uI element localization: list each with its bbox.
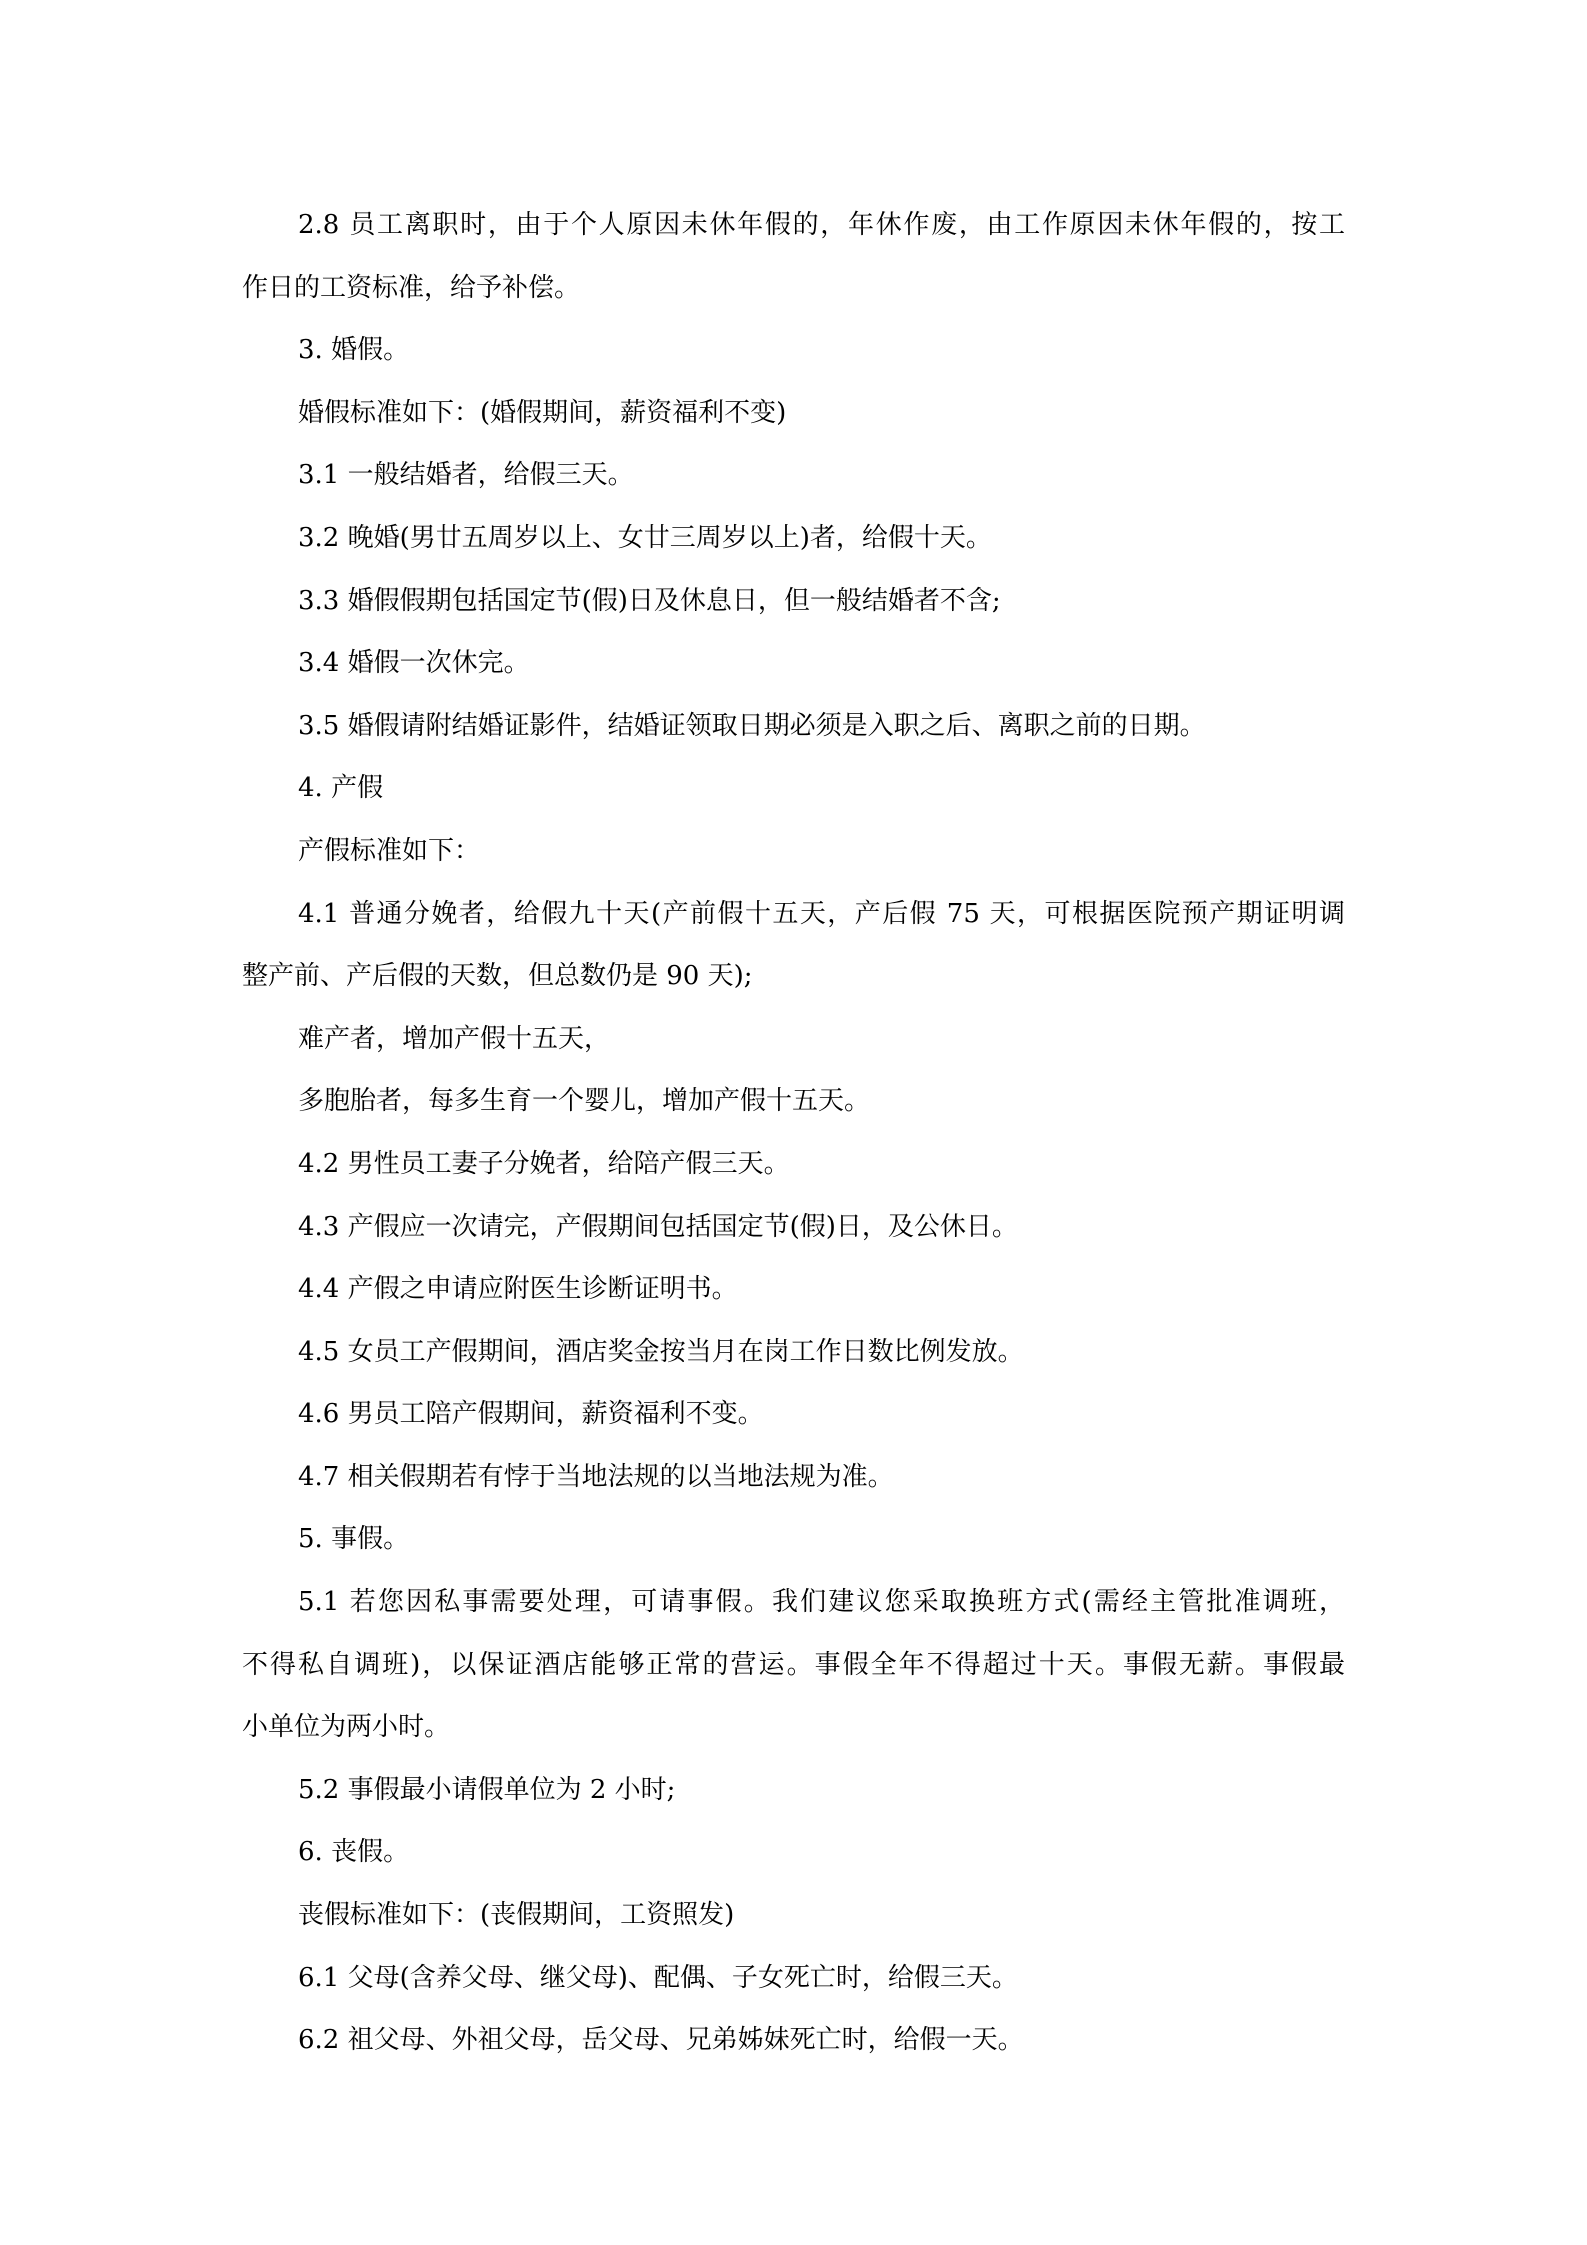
clause-6-2: 6.2 祖父母、外祖父母，岳父母、兄弟姊妹死亡时，给假一天。 <box>242 2009 1345 2072</box>
clause-4-6: 4.6 男员工陪产假期间，薪资福利不变。 <box>242 1383 1345 1446</box>
paragraph-2-8-line-1: 2.8 员工离职时，由于个人原因未休年假的，年休作废，由工作原因未休年假的，按工 <box>242 194 1345 257</box>
clause-4-2: 4.2 男性员工妻子分娩者，给陪产假三天。 <box>242 1133 1345 1196</box>
clause-5-1-line-1: 5.1 若您因私事需要处理，可请事假。我们建议您采取换班方式(需经主管批准调班， <box>242 1571 1345 1634</box>
multiple-birth-note: 多胞胎者，每多生育一个婴儿，增加产假十五天。 <box>242 1070 1345 1133</box>
clause-3-1: 3.1 一般结婚者，给假三天。 <box>242 444 1345 507</box>
maternity-leave-standard: 产假标准如下： <box>242 820 1345 883</box>
clause-4-1-line-2: 整产前、产后假的天数，但总数仍是 90 天); <box>242 945 1345 1008</box>
document-page: 2.8 员工离职时，由于个人原因未休年假的，年休作废，由工作原因未休年假的，按工… <box>0 0 1587 2245</box>
clause-5-1-line-3: 小单位为两小时。 <box>242 1696 1345 1759</box>
clause-6-1: 6.1 父母(含养父母、继父母)、配偶、子女死亡时，给假三天。 <box>242 1947 1345 2010</box>
clause-5-2: 5.2 事假最小请假单位为 2 小时; <box>242 1759 1345 1822</box>
section-heading-personal-leave: 5. 事假。 <box>242 1508 1345 1571</box>
clause-5-1-line-2: 不得私自调班)，以保证酒店能够正常的营运。事假全年不得超过十天。事假无薪。事假最 <box>242 1634 1345 1697</box>
clause-4-7: 4.7 相关假期若有悖于当地法规的以当地法规为准。 <box>242 1446 1345 1509</box>
clause-3-2: 3.2 晚婚(男廿五周岁以上、女廿三周岁以上)者，给假十天。 <box>242 507 1345 570</box>
clause-3-4: 3.4 婚假一次休完。 <box>242 632 1345 695</box>
clause-4-1-line-1: 4.1 普通分娩者，给假九十天(产前假十五天，产后假 75 天，可根据医院预产期… <box>242 883 1345 946</box>
clause-3-3: 3.3 婚假假期包括国定节(假)日及休息日，但一般结婚者不含; <box>242 570 1345 633</box>
marriage-leave-standard: 婚假标准如下：(婚假期间，薪资福利不变) <box>242 382 1345 445</box>
section-heading-marriage-leave: 3. 婚假。 <box>242 319 1345 382</box>
clause-3-5: 3.5 婚假请附结婚证影件，结婚证领取日期必须是入职之后、离职之前的日期。 <box>242 695 1345 758</box>
document-body: 2.8 员工离职时，由于个人原因未休年假的，年休作废，由工作原因未休年假的，按工… <box>242 194 1345 2072</box>
bereavement-leave-standard: 丧假标准如下：(丧假期间，工资照发) <box>242 1884 1345 1947</box>
section-heading-maternity-leave: 4. 产假 <box>242 757 1345 820</box>
clause-4-4: 4.4 产假之申请应附医生诊断证明书。 <box>242 1258 1345 1321</box>
clause-4-5: 4.5 女员工产假期间，酒店奖金按当月在岗工作日数比例发放。 <box>242 1321 1345 1384</box>
paragraph-2-8-line-2: 作日的工资标准，给予补偿。 <box>242 257 1345 320</box>
section-heading-bereavement-leave: 6. 丧假。 <box>242 1821 1345 1884</box>
difficult-birth-note: 难产者，增加产假十五天， <box>242 1008 1345 1071</box>
clause-4-3: 4.3 产假应一次请完，产假期间包括国定节(假)日，及公休日。 <box>242 1196 1345 1259</box>
